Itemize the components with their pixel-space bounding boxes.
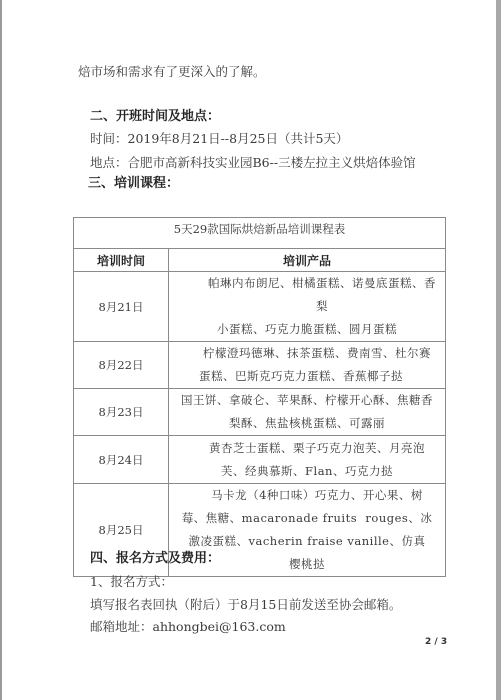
row-date: 8月23日 <box>74 389 169 436</box>
table-row: 8月21日 帕琳内布朗尼、柑橘蛋糕、诺曼底蛋糕、香梨 小蛋糕、巧克力脆蛋糕、圆月… <box>74 272 446 342</box>
header-training-products: 培训产品 <box>169 249 446 272</box>
section2-heading: 二、开班时间及地点： <box>90 105 220 124</box>
registration-method-heading: 1、报名方式： <box>90 572 173 590</box>
page-border-left <box>0 0 2 700</box>
row-date: 8月22日 <box>74 342 169 389</box>
page-border-right <box>496 0 501 700</box>
page-number: 2 / 3 <box>425 637 447 647</box>
intro-continuation: 焙市场和需求有了更深入的了解。 <box>78 62 266 80</box>
header-training-time: 培训时间 <box>74 249 169 272</box>
row-date: 8月21日 <box>74 272 169 342</box>
row-date: 8月24日 <box>74 436 169 484</box>
training-location: 地点：合肥市高新科技实业园B6--三楼左拉主义烘焙体验馆 <box>90 153 416 171</box>
table-row: 8月23日 国王饼、拿破仑、苹果酥、柠檬开心酥、焦糖香 梨酥、焦盐核桃蛋糕、可露… <box>74 389 446 436</box>
product-line: 莓、焦糖、macaronade fruits rouges、冰 <box>173 507 441 530</box>
table-row: 8月22日 柠檬澄玛德琳、抹茶蛋糕、费南雪、杜尔赛 蛋糕、巴斯克巧克力蛋糕、香蕉… <box>74 342 446 389</box>
training-time: 时间：2019年8月21日--8月25日（共计5天） <box>90 129 348 147</box>
section4-heading: 四、报名方式及费用： <box>90 547 220 566</box>
email-address: 邮箱地址：ahhongbei@163.com <box>90 617 286 635</box>
product-line: 马卡龙（4种口味）巧克力、开心果、树 <box>173 484 441 507</box>
table-title-row: 5天29款国际烘焙新品培训课程表 <box>74 218 446 249</box>
product-line: 柠檬澄玛德琳、抹茶蛋糕、费南雪、杜尔赛 <box>173 342 441 365</box>
product-line: 小蛋糕、巧克力脆蛋糕、圆月蛋糕 <box>173 318 441 341</box>
product-line: 芙、经典慕斯、Flan、巧克力挞 <box>173 460 441 483</box>
table-header-row: 培训时间 培训产品 <box>74 249 446 272</box>
product-line: 梨酥、焦盐核桃蛋糕、可露丽 <box>173 412 441 435</box>
product-line: 黄杏芝士蛋糕、栗子巧克力泡芙、月亮泡 <box>173 437 441 460</box>
product-line: 蛋糕、巴斯克巧克力蛋糕、香蕉椰子挞 <box>173 365 441 388</box>
registration-instruction: 填写报名表回执（附后）于8月15日前发送至协会邮箱。 <box>90 595 401 613</box>
product-line: 帕琳内布朗尼、柑橘蛋糕、诺曼底蛋糕、香梨 <box>173 272 441 318</box>
course-schedule-table: 5天29款国际烘焙新品培训课程表 培训时间 培训产品 8月21日 帕琳内布朗尼、… <box>73 217 446 577</box>
row-products: 国王饼、拿破仑、苹果酥、柠檬开心酥、焦糖香 梨酥、焦盐核桃蛋糕、可露丽 <box>169 389 446 436</box>
table-row: 8月24日 黄杏芝士蛋糕、栗子巧克力泡芙、月亮泡 芙、经典慕斯、Flan、巧克力… <box>74 436 446 484</box>
table-title: 5天29款国际烘焙新品培训课程表 <box>74 218 446 249</box>
product-line: 国王饼、拿破仑、苹果酥、柠檬开心酥、焦糖香 <box>173 389 441 412</box>
row-products: 柠檬澄玛德琳、抹茶蛋糕、费南雪、杜尔赛 蛋糕、巴斯克巧克力蛋糕、香蕉椰子挞 <box>169 342 446 389</box>
row-products: 帕琳内布朗尼、柑橘蛋糕、诺曼底蛋糕、香梨 小蛋糕、巧克力脆蛋糕、圆月蛋糕 <box>169 272 446 342</box>
section3-heading: 三、培训课程： <box>88 172 179 191</box>
row-products: 黄杏芝士蛋糕、栗子巧克力泡芙、月亮泡 芙、经典慕斯、Flan、巧克力挞 <box>169 436 446 484</box>
